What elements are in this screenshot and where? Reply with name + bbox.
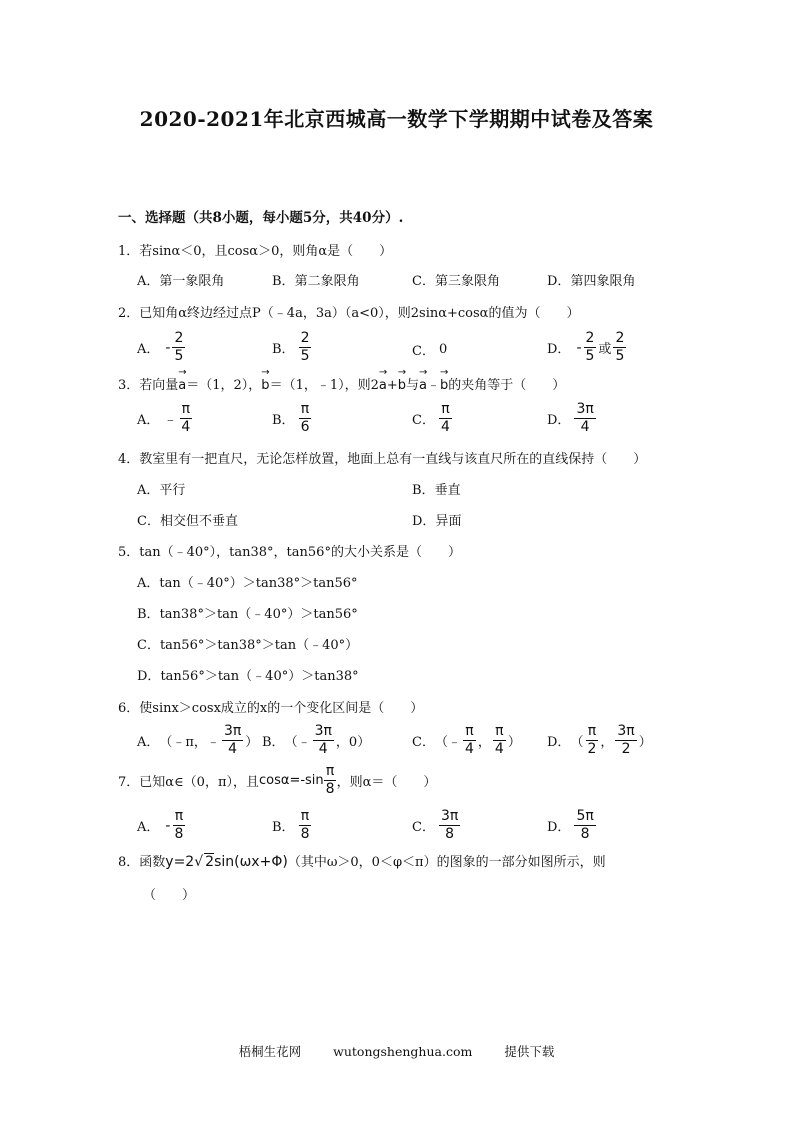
- option-label: C．: [412, 731, 435, 750]
- minus-sign: ﹣: [163, 409, 177, 429]
- denominator: 5: [299, 348, 312, 365]
- fraction: π8: [324, 763, 337, 798]
- question-2-option-d[interactable]: D． - 25 或 25: [547, 330, 628, 365]
- footer-note: 提供下载: [504, 1044, 554, 1059]
- option-label: A．: [137, 270, 159, 289]
- page-footer: 梧桐生花网 wutongshenghua.com 提供下载: [0, 1042, 793, 1060]
- stem-text: 与: [406, 378, 419, 393]
- option-label: B．: [137, 603, 160, 622]
- denominator: 8: [443, 826, 456, 843]
- interval-open: （﹣: [285, 731, 311, 750]
- stem-text: （其中ω＞0，0＜φ＜π）的图象的一部分如图所示，则: [288, 855, 606, 870]
- option-label: D．: [547, 338, 570, 357]
- option-text: 第一象限角: [159, 270, 224, 289]
- stem-text: ﹣: [427, 378, 440, 393]
- option-label: B．: [272, 270, 295, 289]
- question-4-option-d[interactable]: D．异面: [412, 510, 461, 529]
- page-title: 2020-2021年北京西城高一数学下学期期中试卷及答案: [0, 103, 793, 132]
- interval-close: ）: [508, 731, 521, 750]
- question-1-option-c[interactable]: C．第三象限角: [412, 270, 500, 289]
- question-6-stem: 6．使sinx＞cosx成立的x的一个变化区间是（ ）: [118, 697, 423, 716]
- fraction: π6: [299, 401, 312, 436]
- option-text: 相交但不垂直: [160, 510, 238, 529]
- question-5-option-b[interactable]: B．tan38°＞tan（﹣40°）＞tan56°: [137, 603, 358, 622]
- numerator: π: [324, 763, 336, 781]
- question-1-stem: 1．若sinα＜0，且cosα＞0，则角α是（ ）: [118, 240, 392, 259]
- option-label: D．: [547, 816, 570, 835]
- interval-close: ，0）: [336, 731, 370, 750]
- option-label: B．: [272, 338, 295, 357]
- numerator: 2: [172, 330, 185, 348]
- fraction: 3π2: [615, 723, 636, 758]
- denominator: 8: [299, 826, 312, 843]
- question-5-stem: 5．tan（﹣40°），tan38°，tan56°的大小关系是（ ）: [118, 541, 461, 560]
- numerator: π: [463, 723, 475, 741]
- comma: ，: [600, 731, 613, 750]
- question-4-option-b[interactable]: B．垂直: [412, 479, 461, 498]
- numerator: 3π: [574, 401, 595, 419]
- stem-text: 3．若向量: [118, 378, 178, 393]
- question-5-option-d[interactable]: D．tan56°＞tan（﹣40°）＞tan38°: [137, 665, 359, 684]
- question-7-option-d[interactable]: D． 5π8: [547, 808, 598, 843]
- question-3-option-a[interactable]: A． ﹣ π4: [137, 401, 194, 436]
- option-text: 第三象限角: [435, 270, 500, 289]
- denominator: 8: [579, 826, 592, 843]
- denominator: 5: [584, 348, 597, 365]
- option-label: C．: [137, 510, 160, 529]
- vector-b: b: [261, 374, 269, 393]
- question-1-option-a[interactable]: A．第一象限角: [137, 270, 224, 289]
- denominator: 2: [620, 741, 633, 758]
- option-label: A．: [137, 338, 159, 357]
- stem-text: 7．已知α∈（0，π），且: [118, 771, 259, 790]
- fraction: 25: [299, 330, 312, 365]
- denominator: 2: [585, 741, 598, 758]
- fraction: π4: [439, 401, 452, 436]
- fraction: 3π4: [574, 401, 595, 436]
- stem-text: ，则α＝（ ）: [337, 771, 437, 790]
- numerator: π: [299, 808, 311, 826]
- option-label: C．: [137, 634, 160, 653]
- stem-text: 8．函数: [118, 855, 165, 870]
- denominator: 6: [299, 419, 312, 436]
- minus-sign: -: [165, 818, 170, 834]
- question-7-option-a[interactable]: A． - π8: [137, 808, 187, 843]
- or-text: 或: [598, 338, 611, 357]
- option-label: C．: [412, 816, 435, 835]
- stem-text: ＝（1，2），: [186, 378, 261, 393]
- minus-sign: -: [165, 340, 170, 356]
- denominator: 5: [172, 348, 185, 365]
- math-expression: sin(ωx+Φ): [214, 854, 288, 870]
- option-label: A．: [137, 409, 159, 428]
- fraction: 3π4: [222, 723, 243, 758]
- option-label: D．: [137, 665, 160, 684]
- footer-site-name: 梧桐生花网: [239, 1044, 302, 1059]
- question-5-option-c[interactable]: C．tan56°＞tan38°＞tan（﹣40°）: [137, 634, 358, 653]
- denominator: 4: [579, 419, 592, 436]
- option-text: 第二象限角: [295, 270, 360, 289]
- numerator: π: [180, 401, 192, 419]
- denominator: 4: [317, 741, 330, 758]
- denominator: 4: [179, 419, 192, 436]
- question-6-option-b[interactable]: B． （﹣ 3π4 ，0）: [262, 723, 370, 758]
- option-text: tan38°＞tan（﹣40°）＞tan56°: [160, 603, 358, 622]
- question-8-answer-blank: （ ）: [143, 884, 195, 903]
- option-label: A．: [137, 731, 159, 750]
- numerator: 2: [613, 330, 626, 348]
- fraction: π4: [463, 723, 476, 758]
- fraction: 25: [613, 330, 626, 365]
- vector-b: b: [440, 374, 448, 393]
- option-label: C．: [412, 270, 435, 289]
- question-6-option-c[interactable]: C． （﹣ π4 ， π4 ）: [412, 723, 521, 758]
- question-1-option-b[interactable]: B．第二象限角: [272, 270, 360, 289]
- math-expression: y=2: [165, 854, 194, 870]
- option-label: D．: [412, 510, 435, 529]
- fraction: 5π8: [574, 808, 595, 843]
- fraction: π4: [493, 723, 506, 758]
- option-text: tan（﹣40°）＞tan38°＞tan56°: [159, 572, 357, 591]
- denominator: 5: [613, 348, 626, 365]
- option-label: A．: [137, 479, 159, 498]
- fraction: π8: [172, 808, 185, 843]
- question-5-option-a[interactable]: A．tan（﹣40°）＞tan38°＞tan56°: [137, 572, 358, 591]
- numerator: 3π: [615, 723, 636, 741]
- fraction: 25: [584, 330, 597, 365]
- denominator: 4: [463, 741, 476, 758]
- option-label: C．: [412, 340, 435, 359]
- fraction: 3π4: [313, 723, 334, 758]
- fraction: 25: [172, 330, 185, 365]
- stem-text: ＝（1，﹣1），则2: [270, 378, 379, 393]
- denominator: 4: [439, 419, 452, 436]
- denominator: 4: [493, 741, 506, 758]
- option-text: 异面: [435, 510, 461, 529]
- question-3-option-c[interactable]: C． π4: [412, 401, 454, 436]
- fraction: π8: [299, 808, 312, 843]
- numerator: 3π: [222, 723, 243, 741]
- numerator: 5π: [574, 808, 595, 826]
- option-text: 0: [439, 342, 447, 357]
- stem-text: 的夹角等于（ ）: [448, 378, 565, 393]
- vector-a: a: [178, 374, 186, 393]
- section-heading: 一、选择题（共8小题，每小题5分，共40分）.: [118, 206, 403, 226]
- option-text: tan56°＞tan38°＞tan（﹣40°）: [160, 634, 358, 653]
- option-label: A．: [137, 572, 159, 591]
- fraction: π4: [179, 401, 192, 436]
- sqrt-radicand: 2: [204, 853, 214, 870]
- question-4-stem: 4．教室里有一把直尺，无论怎样放置，地面上总有一直线与该直尺所在的直线保持（ ）: [118, 448, 646, 467]
- numerator: π: [493, 723, 505, 741]
- option-label: A．: [137, 816, 159, 835]
- numerator: 2: [299, 330, 312, 348]
- option-label: B．: [272, 816, 295, 835]
- question-4-option-c[interactable]: C．相交但不垂直: [137, 510, 238, 529]
- option-label: C．: [412, 409, 435, 428]
- fraction: 3π8: [439, 808, 460, 843]
- interval-open: （: [570, 731, 583, 750]
- comma: ，: [478, 731, 491, 750]
- option-text: 平行: [159, 479, 185, 498]
- question-2-option-b[interactable]: B． 25: [272, 330, 313, 365]
- denominator: 8: [172, 826, 185, 843]
- question-7-stem: 7．已知α∈（0，π），且 cosα=-sin π8 ，则α＝（ ）: [118, 763, 436, 798]
- math-expression: cosα=-sin: [259, 773, 324, 788]
- interval-open: （﹣: [435, 731, 461, 750]
- denominator: 4: [226, 741, 239, 758]
- interval-open: （﹣π，﹣: [159, 731, 220, 750]
- question-7-option-b[interactable]: B． π8: [272, 808, 313, 843]
- fraction: π2: [585, 723, 598, 758]
- option-label: D．: [547, 731, 570, 750]
- option-text: tan56°＞tan（﹣40°）＞tan38°: [160, 665, 358, 684]
- minus-sign: -: [576, 340, 581, 356]
- question-8-stem: 8．函数y=2√2sin(ωx+Φ)（其中ω＞0，0＜φ＜π）的图象的一部分如图…: [118, 851, 606, 870]
- option-text: 垂直: [435, 479, 461, 498]
- option-label: D．: [547, 270, 570, 289]
- footer-url[interactable]: wutongshenghua.com: [333, 1044, 472, 1059]
- vector-a: a: [419, 374, 427, 393]
- question-7-option-c[interactable]: C． 3π8: [412, 808, 462, 843]
- interval-close: ）: [639, 731, 652, 750]
- question-3-option-b[interactable]: B． π6: [272, 401, 313, 436]
- option-text: 第四象限角: [570, 270, 635, 289]
- question-3-stem: 3．若向量a＝（1，2），b＝（1，﹣1），则2a+b与a﹣b的夹角等于（ ）: [118, 374, 565, 393]
- numerator: π: [439, 401, 451, 419]
- numerator: π: [299, 401, 311, 419]
- numerator: 3π: [439, 808, 460, 826]
- stem-text: +: [387, 378, 398, 393]
- question-3-option-d[interactable]: D． 3π4: [547, 401, 598, 436]
- option-label: B．: [412, 479, 435, 498]
- option-label: B．: [262, 731, 285, 750]
- question-2-option-a[interactable]: A． - 25: [137, 330, 187, 365]
- option-label: D．: [547, 409, 570, 428]
- vector-b: b: [398, 374, 406, 393]
- question-6-option-a[interactable]: A． （﹣π，﹣ 3π4 ）: [137, 723, 258, 758]
- sqrt-icon: √: [194, 854, 203, 870]
- question-2-stem: 2．已知角α终边经过点P（﹣4a，3a）（a<0），则2sinα+cosα的值为…: [118, 302, 579, 321]
- numerator: 2: [584, 330, 597, 348]
- denominator: 8: [324, 781, 337, 798]
- question-4-option-a[interactable]: A．平行: [137, 479, 185, 498]
- question-6-option-d[interactable]: D． （ π2 ， 3π2 ）: [547, 723, 652, 758]
- vector-a: a: [379, 374, 387, 393]
- question-1-option-d[interactable]: D．第四象限角: [547, 270, 635, 289]
- option-label: B．: [272, 409, 295, 428]
- interval-close: ）: [245, 731, 258, 750]
- numerator: π: [586, 723, 598, 741]
- numerator: 3π: [313, 723, 334, 741]
- numerator: π: [173, 808, 185, 826]
- question-2-option-c[interactable]: C． 0: [412, 340, 447, 359]
